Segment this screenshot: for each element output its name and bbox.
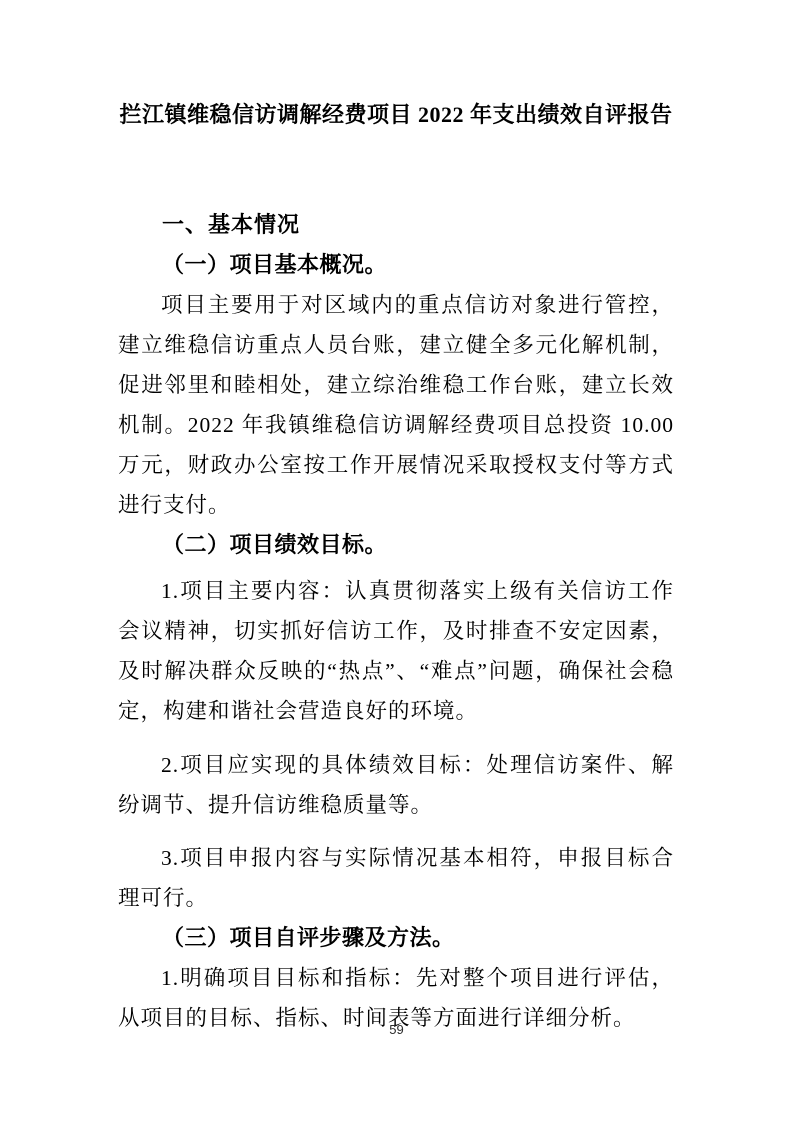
subsection-heading-self-evaluation-method: （三）项目自评步骤及方法。 <box>118 918 674 958</box>
document-title: 拦江镇维稳信访调解经费项目 2022 年支出绩效自评报告 <box>118 95 674 135</box>
paragraph-declaration-consistency: 3.项目申报内容与实际情况基本相符，申报目标合理可行。 <box>118 838 674 918</box>
subsection-heading-project-overview: （一）项目基本概况。 <box>118 245 674 285</box>
section-heading-basic-info: 一、基本情况 <box>118 205 674 245</box>
document-page: 拦江镇维稳信访调解经费项目 2022 年支出绩效自评报告 一、基本情况 （一）项… <box>0 0 793 1122</box>
paragraph-specific-goals: 2.项目应实现的具体绩效目标：处理信访案件、解纷调节、提升信访维稳质量等。 <box>118 745 674 825</box>
paragraph-main-content: 1.项目主要内容：认真贯彻落实上级有关信访工作会议精神，切实抓好信访工作，及时排… <box>118 571 674 731</box>
document-content: 拦江镇维稳信访调解经费项目 2022 年支出绩效自评报告 一、基本情况 （一）项… <box>118 0 674 1038</box>
page-number: 59 <box>0 1022 793 1037</box>
paragraph-project-overview: 项目主要用于对区域内的重点信访对象进行管控，建立维稳信访重点人员台账，建立健全多… <box>118 285 674 525</box>
subsection-heading-performance-goals: （二）项目绩效目标。 <box>118 525 674 565</box>
